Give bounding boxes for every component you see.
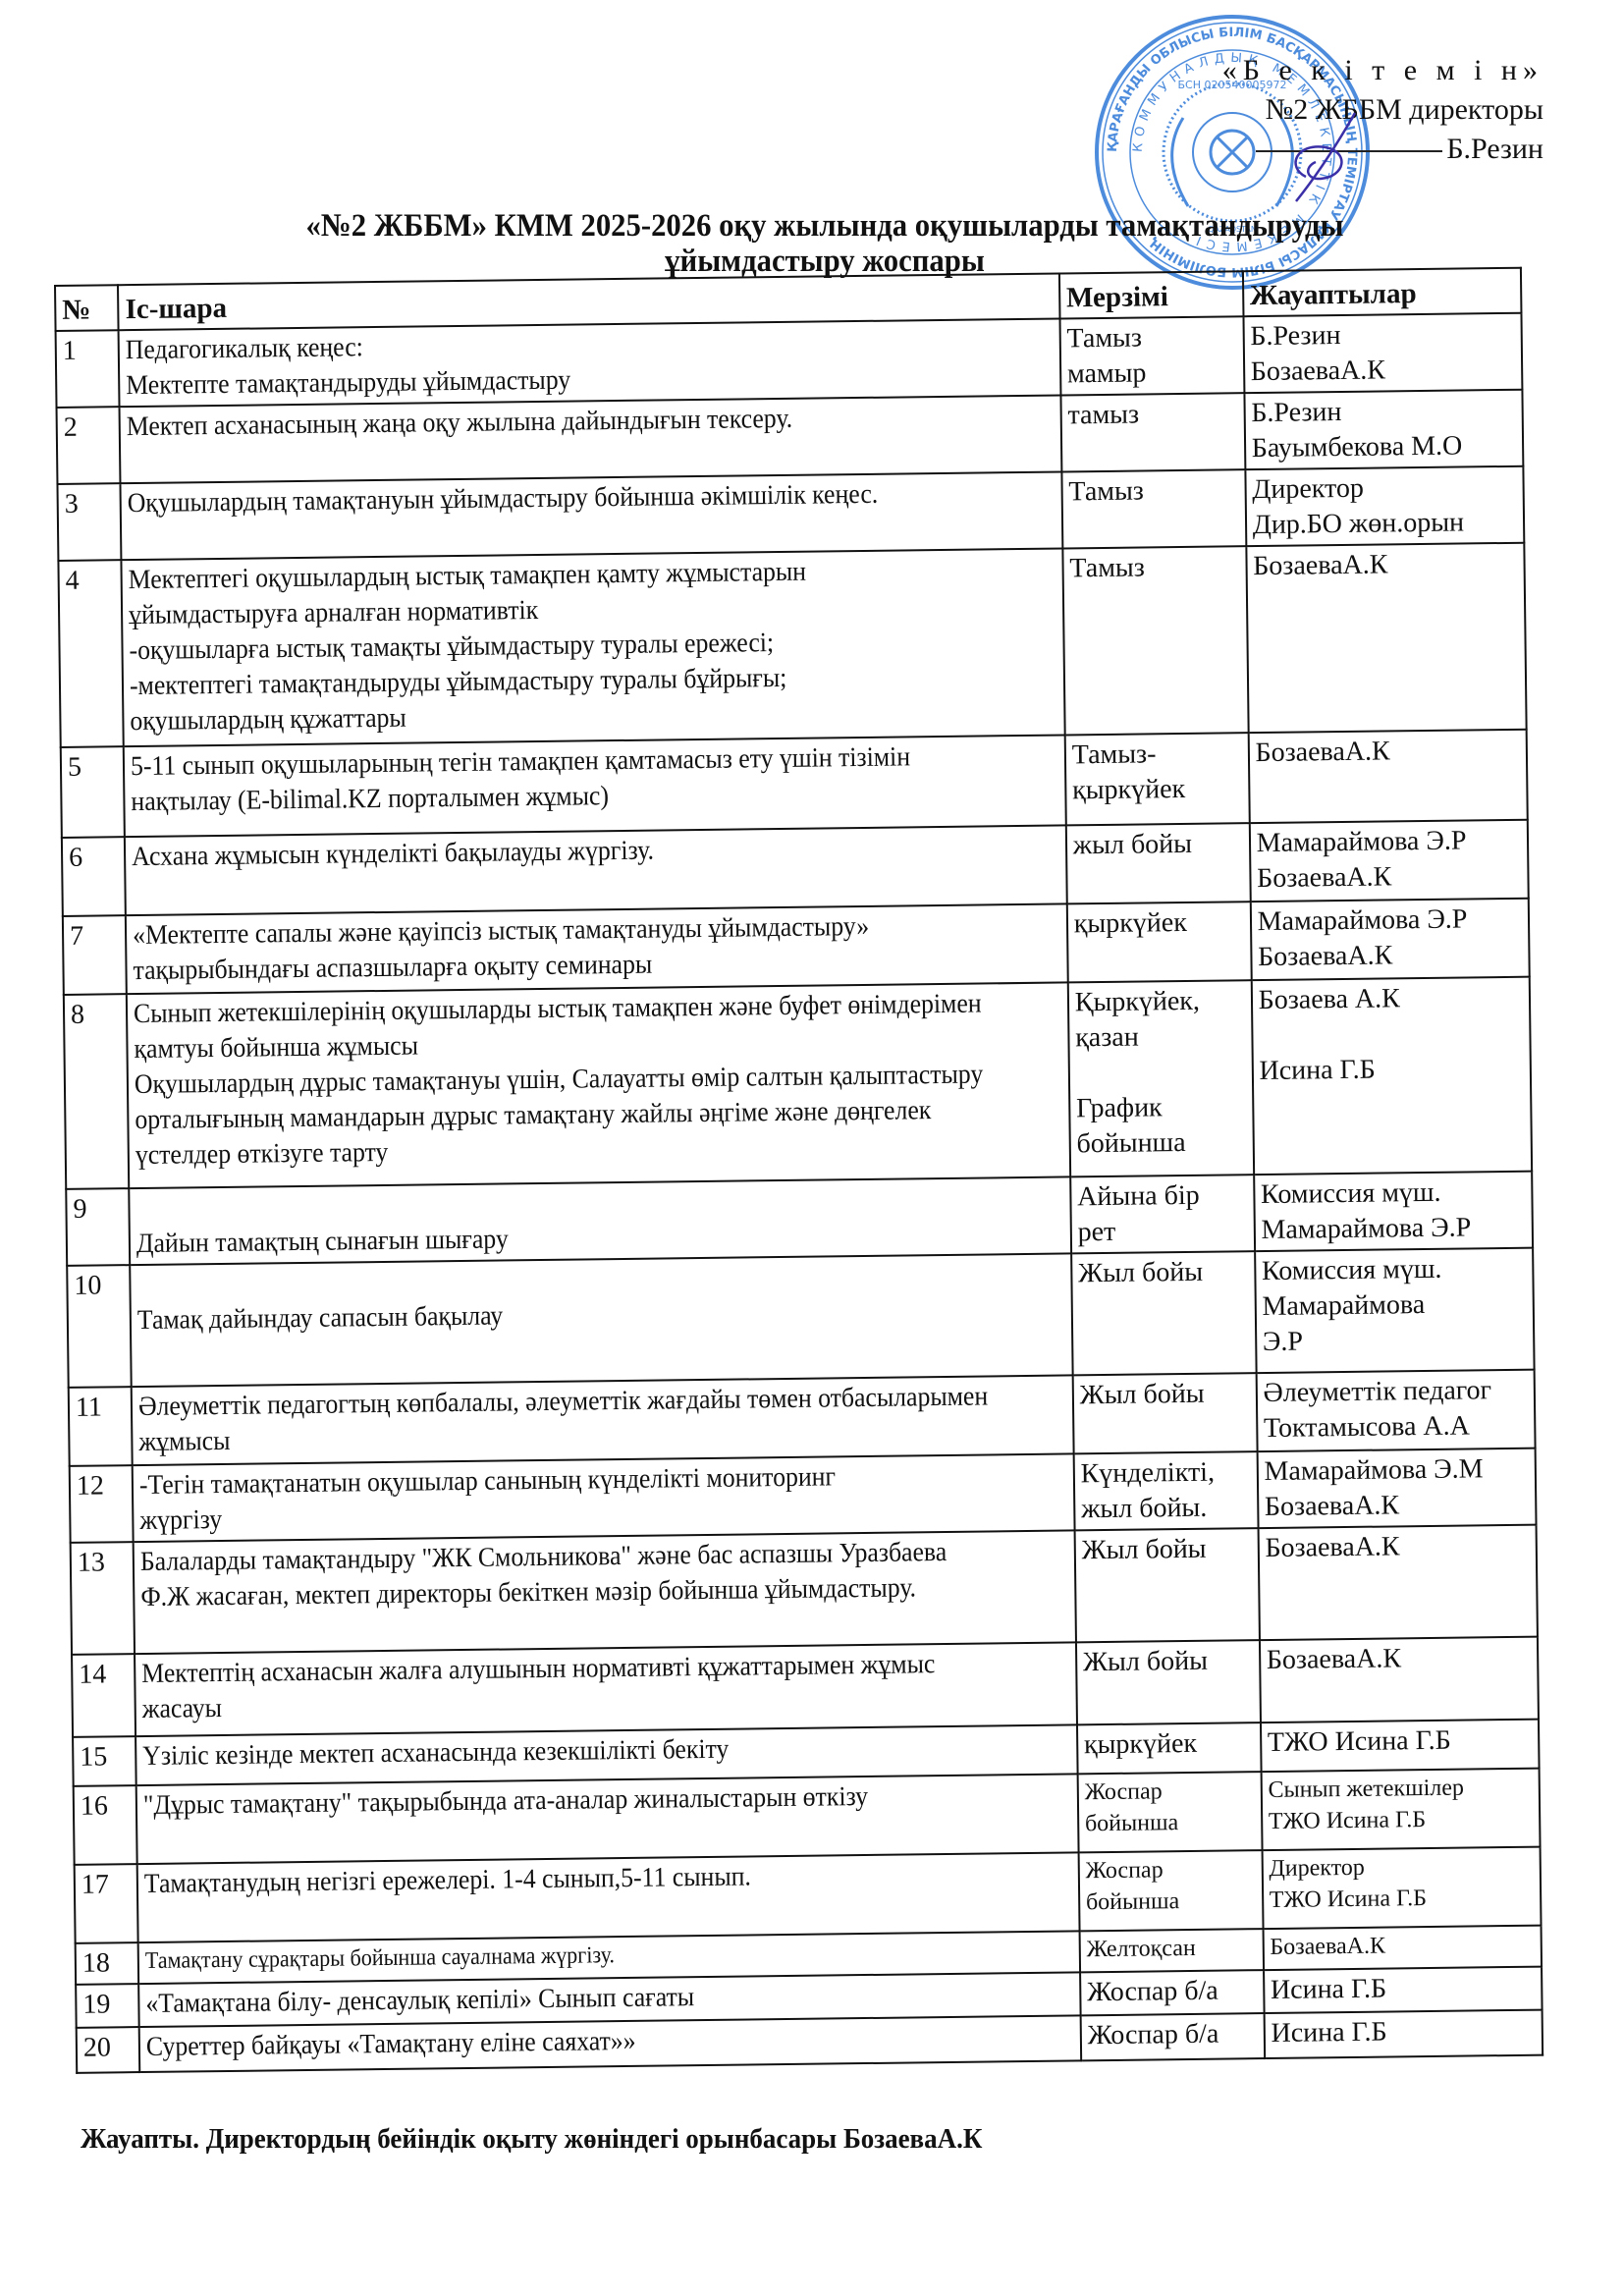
row-deadline-text: Жоспар бойынша [1084, 1778, 1178, 1836]
row-deadline: Жоспар б/а [1080, 2013, 1264, 2060]
table-row: 13Балаларды тамақтандыру "ЖК Смольникова… [71, 1525, 1538, 1655]
row-event: "Дұрыс тамақтану" тақырыбында ата-аналар… [136, 1774, 1078, 1864]
title-line-1: «№2 ЖББМ» КММ 2025-2026 оқу жылында оқуш… [140, 208, 1510, 244]
row-responsible: ТЖО Исина Г.Б [1261, 1720, 1540, 1772]
row-responsible: Исина Г.Б [1264, 2010, 1543, 2058]
row-responsible: Исина Г.Б [1264, 1967, 1543, 2013]
signature-line [1256, 150, 1442, 152]
row-responsible: Директор ТЖО Исина Г.Б [1262, 1847, 1541, 1929]
row-number: 3 [57, 483, 121, 561]
row-responsible-text: БозаеваА.К [1270, 1934, 1385, 1960]
row-deadline-text: Қыркүйек, қазан График бойынша [1075, 986, 1200, 1160]
row-deadline-text: Жоспар бойынша [1085, 1857, 1179, 1915]
row-number: 20 [77, 2027, 140, 2073]
row-responsible: Директор Дир.БО жөн.орын [1245, 466, 1524, 546]
row-number-text: 20 [83, 2032, 111, 2062]
row-number-text: 9 [73, 1194, 86, 1225]
row-event: 5-11 сынып оқушыларының тегін тамақпен қ… [124, 735, 1066, 837]
approval-block: «Б е к і т е м і н» №2 ЖББМ директоры Б.… [1222, 51, 1543, 169]
row-number: 7 [63, 915, 127, 995]
row-deadline-text: Күнделікті, жыл бойы. [1080, 1457, 1215, 1525]
row-number: 14 [72, 1654, 135, 1737]
row-responsible: БозаеваА.К [1258, 1525, 1538, 1640]
row-number-text: 6 [69, 843, 82, 873]
row-event: Балаларды тамақтандыру "ЖК Смольникова" … [134, 1530, 1076, 1654]
row-responsible: Комиссия мүш. Мамараймова Э.Р [1255, 1248, 1535, 1373]
food-plan-table: № Іс-шара Мерзімі Жауаптылар 1Педагогика… [54, 267, 1543, 2074]
table-row: 10 Тамақ дайындау сапасын бақылауЖыл бой… [67, 1248, 1534, 1388]
row-event-text: «Тамақтана білу- денсаулық кепілі» Сынып… [145, 1980, 694, 2022]
header-number: № [55, 285, 119, 331]
row-number: 2 [57, 407, 121, 484]
row-number: 15 [73, 1736, 136, 1786]
row-responsible-text: БозаеваА.К [1255, 736, 1390, 768]
row-number: 17 [75, 1864, 138, 1943]
row-number-text: 19 [82, 1989, 110, 2019]
row-deadline: қыркүйек [1067, 902, 1252, 982]
row-number: 16 [74, 1785, 137, 1865]
row-event-text: Асхана жұмысын күнделікті бақылауды жүрг… [132, 834, 654, 875]
header-deadline: Мерзімі [1059, 271, 1243, 318]
row-deadline: Жыл бойы [1071, 1251, 1256, 1375]
row-deadline-text: Жыл бойы [1079, 1379, 1204, 1411]
row-event-text: Әлеуметтік педагогтың көпбалалы, әлеумет… [138, 1379, 993, 1460]
row-deadline: Тамыз мамыр [1059, 316, 1244, 395]
row-deadline: Күнделікті, жыл бойы. [1073, 1451, 1258, 1530]
row-responsible-text: БозаеваА.К [1267, 1643, 1402, 1675]
approval-position: №2 ЖББМ директоры [1222, 90, 1543, 130]
row-number-text: 2 [64, 412, 78, 443]
row-number-text: 13 [78, 1547, 105, 1577]
row-deadline: тамыз [1060, 393, 1245, 471]
row-responsible-text: Сынып жетекшілер ТЖО Исина Г.Б [1268, 1776, 1464, 1834]
row-event-text: Мектептегі оқушылардың ыстық тамақпен қа… [129, 552, 984, 739]
row-responsible-text: Директор ТЖО Исина Г.Б [1269, 1855, 1427, 1913]
row-deadline: қыркүйек [1077, 1722, 1261, 1774]
row-event: Оқушылардың тамақтануын ұйымдастыру бойы… [121, 471, 1062, 560]
row-event: Мектеп асханасының жаңа оқу жылына дайын… [120, 395, 1061, 483]
row-deadline: жыл бойы [1066, 823, 1251, 903]
row-deadline: Айына бір рет [1070, 1175, 1255, 1253]
row-deadline-text: Айына бір рет [1077, 1180, 1200, 1248]
document-title: «№2 ЖББМ» КММ 2025-2026 оқу жылында оқуш… [140, 208, 1510, 279]
row-event-text: Педагогикалық кеңес: Мектепте тамақтанды… [126, 328, 571, 405]
row-number: 5 [61, 746, 125, 838]
row-deadline-text: Жыл бойы [1078, 1257, 1203, 1289]
row-responsible: Б.Резин БозаеваА.К [1243, 313, 1522, 393]
row-number: 12 [70, 1465, 134, 1543]
row-responsible: Сынып жетекшілер ТЖО Исина Г.Б [1261, 1769, 1540, 1850]
row-number: 4 [58, 560, 124, 747]
table-row: 8Сынып жетекшілерінің оқушыларды ыстық т… [64, 977, 1532, 1189]
row-event: -Тегін тамақтанатын оқушылар санының күн… [133, 1453, 1074, 1542]
row-responsible: Мамараймова Э.Р БозаеваА.К [1249, 820, 1528, 902]
row-deadline-text: Жыл бойы [1083, 1646, 1208, 1678]
row-number-text: 18 [82, 1947, 110, 1978]
row-deadline: Жоспар бойынша [1078, 1850, 1263, 1931]
row-number: 8 [64, 994, 130, 1189]
row-event: Тамақ дайындау сапасын бақылау [130, 1253, 1072, 1387]
row-deadline-text: Тамыз [1069, 552, 1145, 583]
row-number: 10 [67, 1265, 132, 1388]
row-deadline: Жыл бойы [1076, 1640, 1261, 1724]
row-deadline: Жоспар б/а [1080, 1970, 1264, 2015]
row-event-text: Сынып жетекшілерінің оқушыларды ыстық та… [134, 986, 989, 1174]
row-event: Педагогикалық кеңес: Мектепте тамақтанды… [119, 318, 1060, 407]
row-number-text: 10 [74, 1270, 101, 1300]
row-number-text: 15 [80, 1741, 107, 1772]
row-responsible: БозаеваА.К [1263, 1926, 1542, 1970]
row-event: Мектептегі оқушылардың ыстық тамақпен қа… [122, 548, 1065, 746]
row-event-text: "Дұрыс тамақтану" тақырыбында ата-аналар… [143, 1779, 869, 1824]
row-event: Әлеуметтік педагогтың көпбалалы, әлеумет… [132, 1375, 1073, 1465]
row-responsible-text: Мамараймова Э.М БозаеваА.К [1264, 1453, 1483, 1522]
row-event: Мектептің асханасын жалға алушынын норма… [135, 1642, 1076, 1736]
row-responsible: Бозаева А.К Исина Г.Б [1251, 977, 1532, 1175]
row-responsible: Комиссия мүш. Мамараймова Э.Р [1254, 1172, 1533, 1251]
row-responsible-text: Директор Дир.БО жөн.орын [1252, 473, 1464, 540]
row-number-text: 4 [65, 566, 79, 596]
row-event-text: Тамақ дайындау сапасын бақылау [137, 1263, 504, 1339]
header-responsible: Жауаптылар [1243, 268, 1522, 316]
row-responsible-text: Исина Г.Б [1271, 2017, 1387, 2049]
row-deadline-text: қыркүйек [1084, 1728, 1197, 1760]
row-deadline-text: қыркүйек [1074, 907, 1187, 939]
row-number-text: 3 [65, 489, 79, 519]
row-number-text: 14 [79, 1659, 106, 1689]
row-responsible: Б.Резин Бауымбекова М.О [1244, 390, 1523, 469]
row-responsible-text: Б.Резин БозаеваА.К [1250, 320, 1385, 387]
row-deadline-text: Жоспар б/а [1087, 1976, 1218, 2008]
table-row: 4Мектептегі оқушылардың ыстық тамақпен қ… [58, 543, 1526, 747]
row-event-text: Оқушылардың тамақтануын ұйымдастыру бойы… [128, 477, 879, 521]
row-responsible: Мамараймова Э.Р БозаеваА.К [1250, 899, 1529, 980]
row-event-text: Дайын тамақтың сынағын шығару [136, 1186, 510, 1262]
row-number: 9 [66, 1188, 130, 1266]
row-deadline: Қыркүйек, қазан График бойынша [1068, 980, 1254, 1176]
row-number-text: 7 [70, 921, 83, 952]
row-responsible: БозаеваА.К [1260, 1637, 1539, 1722]
row-number-text: 16 [81, 1790, 108, 1821]
row-number: 18 [76, 1942, 139, 1985]
row-deadline: Желтоқсан [1079, 1929, 1263, 1972]
row-deadline: Жыл бойы [1074, 1528, 1259, 1642]
row-responsible-text: Бозаева А.К Исина Г.Б [1258, 983, 1400, 1086]
row-event: «Мектепте сапалы және қауіпсіз ыстық там… [126, 903, 1067, 994]
row-event: Сынып жетекшілерінің оқушыларды ыстық та… [127, 982, 1070, 1188]
row-event-text: Мектеп асханасының жаңа оқу жылына дайын… [127, 402, 793, 445]
row-event: Тамақтанудың негізгі ережелері. 1-4 сыны… [137, 1852, 1079, 1942]
row-event: Дайын тамақтың сынағын шығару [130, 1176, 1071, 1265]
row-responsible: БозаеваА.К [1246, 543, 1527, 733]
row-event-text: Тамақтану сұрақтары бойынша сауалнама жү… [145, 1940, 616, 1977]
row-number: 6 [62, 837, 126, 916]
row-responsible-text: БозаеваА.К [1265, 1531, 1400, 1563]
row-deadline-text: жыл бойы [1073, 829, 1193, 860]
responsible-footer: Жауапты. Директордың бейіндік оқыту жөні… [81, 2123, 982, 2156]
row-deadline-text: тамыз [1067, 400, 1139, 431]
row-number-text: 5 [68, 752, 81, 783]
row-deadline: Тамыз [1061, 469, 1246, 548]
approval-heading: «Б е к і т е м і н» [1222, 51, 1543, 90]
row-event-text: Суреттер байқауы «Тамақтану еліне саяхат… [146, 2024, 636, 2065]
row-responsible-text: Мамараймова Э.Р БозаеваА.К [1257, 825, 1467, 894]
row-event-text: Балаларды тамақтандыру "ЖК Смольникова" … [140, 1534, 995, 1615]
row-number-text: 11 [76, 1392, 102, 1422]
row-event-text: -Тегін тамақтанатын оқушылар санының күн… [139, 1459, 837, 1539]
row-event: Асхана жұмысын күнделікті бақылауды жүрг… [125, 825, 1066, 915]
row-deadline-text: Тамыз мамыр [1066, 322, 1146, 389]
row-responsible-text: Комиссия мүш. Мамараймова Э.Р [1261, 1177, 1472, 1245]
row-event-text: 5-11 сынып оқушыларының тегін тамақпен қ… [131, 738, 985, 820]
row-responsible-text: БозаеваА.К [1253, 549, 1388, 581]
row-responsible-text: Әлеуметтік педагог Токтамысова А.А [1263, 1375, 1491, 1444]
row-event-text: Тамақтанудың негізгі ережелері. 1-4 сыны… [144, 1859, 751, 1902]
row-number: 11 [69, 1387, 133, 1466]
row-event-text: Үзіліс кезінде мектеп асханасында кезекш… [142, 1732, 729, 1775]
row-responsible-text: Б.Резин Бауымбекова М.О [1251, 397, 1462, 464]
approval-name: Б.Резин [1446, 133, 1543, 165]
row-event-text: Мектептің асханасын жалға алушынын норма… [141, 1646, 996, 1727]
row-event-text: «Мектепте сапалы және қауіпсіз ыстық там… [133, 907, 987, 989]
row-responsible: БозаеваА.К [1248, 730, 1527, 823]
row-deadline: Тамыз [1062, 546, 1248, 735]
row-responsible-text: Мамараймова Э.Р БозаеваА.К [1257, 903, 1467, 972]
row-number-text: 12 [77, 1470, 104, 1501]
row-deadline-text: Тамыз- қыркүйек [1072, 738, 1186, 805]
row-responsible-text: Комиссия мүш. Мамараймова Э.Р [1262, 1254, 1442, 1357]
row-deadline: Жыл бойы [1072, 1373, 1257, 1453]
row-number-text: 17 [81, 1869, 109, 1899]
table-row: 55-11 сынып оқушыларының тегін тамақпен … [61, 730, 1528, 838]
row-deadline-text: Тамыз [1068, 475, 1144, 507]
row-responsible: Мамараймова Э.М БозаеваА.К [1257, 1449, 1536, 1528]
row-responsible: Әлеуметтік педагог Токтамысова А.А [1256, 1370, 1535, 1451]
row-number: 1 [56, 330, 120, 408]
row-deadline-text: Желтоқсан [1086, 1936, 1195, 1962]
row-responsible-text: Исина Г.Б [1271, 1974, 1387, 2005]
row-number: 13 [71, 1542, 135, 1655]
row-deadline: Тамыз- қыркүйек [1064, 733, 1249, 825]
row-number-text: 8 [71, 1000, 84, 1030]
row-deadline-text: Жыл бойы [1081, 1534, 1206, 1566]
row-number: 19 [76, 1984, 139, 2028]
row-deadline-text: Жоспар б/а [1087, 2019, 1218, 2051]
row-responsible-text: ТЖО Исина Г.Б [1268, 1725, 1451, 1758]
row-number-text: 1 [63, 336, 77, 366]
approval-signatory: Б.Резин [1222, 130, 1543, 169]
row-deadline: Жоспар бойынша [1077, 1772, 1262, 1852]
